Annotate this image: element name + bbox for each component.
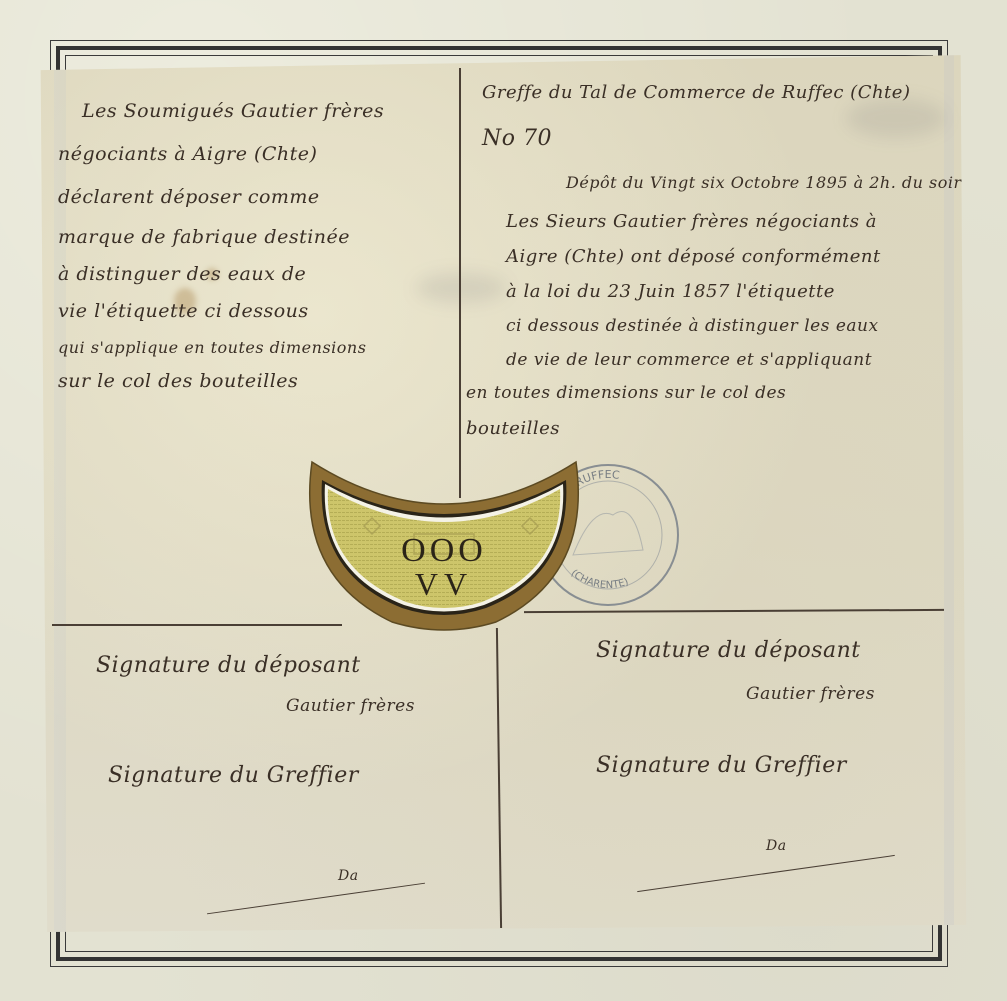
depositor-signature: Gautier frères xyxy=(286,696,415,716)
text-line: Les Sieurs Gautier frères négociants à xyxy=(506,211,877,232)
text-line: Dépôt du Vingt six Octobre 1895 à 2h. du… xyxy=(566,173,962,192)
text-line: bouteilles xyxy=(466,418,560,439)
clerk-flourish xyxy=(207,883,425,915)
clerk-signature: Da xyxy=(766,838,787,854)
text-line: vie l'étiquette ci dessous xyxy=(58,300,309,322)
text-line: Aigre (Chte) ont déposé conformément xyxy=(506,246,881,267)
label-mark-ooo: OOO xyxy=(306,532,582,570)
text-line: à la loi du 23 Juin 1857 l'étiquette xyxy=(506,281,835,302)
text-line: déclarent déposer comme xyxy=(58,186,320,208)
text-line: marque de fabrique destinée xyxy=(58,226,350,248)
text-line: de vie de leur commerce et s'appliquant xyxy=(506,350,872,370)
clerk-signature-label: Signature du Greffier xyxy=(108,763,359,788)
text-line: sur le col des bouteilles xyxy=(58,370,298,392)
ink-smudge xyxy=(416,273,506,303)
column-divider-bottom xyxy=(496,628,502,928)
ink-smudge xyxy=(846,98,946,138)
label-mark-vv: VV xyxy=(306,566,582,603)
registry-header: Greffe du Tal de Commerce de Ruffec (Cht… xyxy=(482,82,910,103)
clerk-signature-label: Signature du Greffier xyxy=(596,753,847,778)
trademark-label: OOO VV xyxy=(306,456,582,632)
depositor-signature-label: Signature du déposant xyxy=(96,653,361,678)
text-line: Les Soumigués Gautier frères xyxy=(82,100,384,122)
text-line: ci dessous destinée à distinguer les eau… xyxy=(506,316,879,336)
text-line: à distinguer des eaux de xyxy=(58,263,306,285)
paper-fold-left xyxy=(54,48,66,932)
clerk-signature: Da xyxy=(338,868,359,884)
depositor-signature-label: Signature du déposant xyxy=(596,638,861,663)
section-divider-left xyxy=(52,624,342,626)
clerk-flourish xyxy=(637,855,895,892)
text-line: en toutes dimensions sur le col des xyxy=(466,383,786,403)
text-line: négociants à Aigre (Chte) xyxy=(58,143,317,165)
text-line: qui s'applique en toutes dimensions xyxy=(58,338,366,357)
column-divider-top xyxy=(459,68,461,498)
registry-number: No 70 xyxy=(482,126,552,151)
depositor-signature: Gautier frères xyxy=(746,684,875,704)
